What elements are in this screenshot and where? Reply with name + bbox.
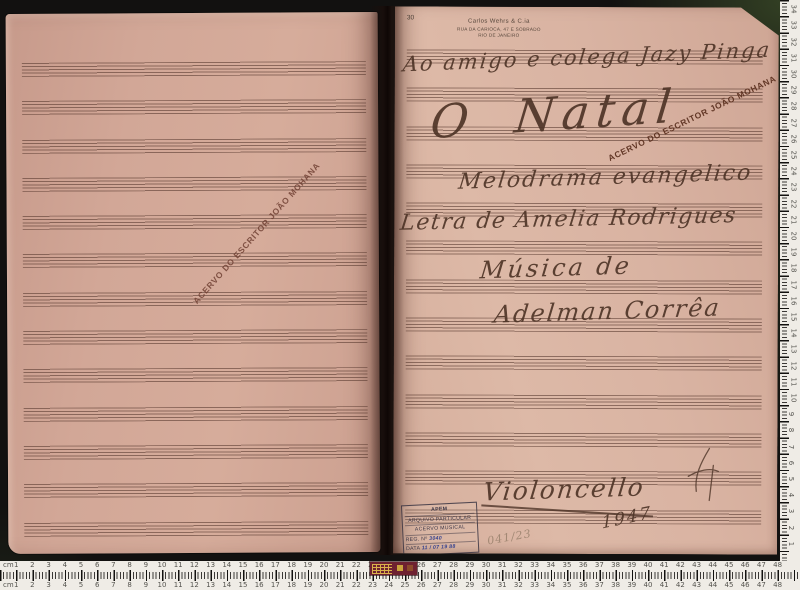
ruler-number: 44 xyxy=(708,561,717,569)
ruler-number: 19 xyxy=(789,248,797,257)
staff-lines xyxy=(24,406,368,422)
ruler-number: 36 xyxy=(579,581,588,589)
apem-reg-value: 3040 xyxy=(429,535,442,542)
ruler-number: 18 xyxy=(287,561,296,569)
apem-year-value: 19 88 xyxy=(441,544,456,551)
ruler-number: 5 xyxy=(79,561,83,569)
ruler-numbers-bottom: cm12345678910111213141516171819202122232… xyxy=(0,581,800,590)
ruler-number: 15 xyxy=(789,313,797,322)
right-page: 30 Carlos Wehrs & C.ia Rua da Carioca, 4… xyxy=(393,6,779,554)
ruler-number: 38 xyxy=(611,561,620,569)
ruler-number: 29 xyxy=(465,581,474,589)
ruler-number: 32 xyxy=(514,581,523,589)
apem-reg-label: REG. Nº xyxy=(405,536,427,543)
staff-lines xyxy=(22,61,366,77)
ruler-number: 7 xyxy=(111,561,115,569)
ruler-number: 13 xyxy=(206,561,215,569)
ruler-number: 21 xyxy=(789,215,797,224)
ruler-number: 35 xyxy=(563,561,572,569)
ruler-number: 16 xyxy=(255,561,264,569)
staff-lines xyxy=(22,176,366,192)
ruler-number: 31 xyxy=(789,53,797,62)
manuscript-scan: ACERVO DO ESCRITOR JOÃO MOHANA 30 Carlos… xyxy=(0,0,800,590)
ruler-number: 26 xyxy=(417,581,426,589)
ruler-number: 34 xyxy=(546,561,555,569)
ruler-number: 10 xyxy=(158,581,167,589)
ruler-number: 12 xyxy=(190,561,199,569)
ruler-number: 12 xyxy=(190,581,199,589)
ruler-number: 16 xyxy=(789,296,797,305)
calibration-grid xyxy=(372,564,392,574)
ruler-number: 17 xyxy=(271,581,280,589)
ruler-number: 11 xyxy=(174,581,183,589)
ruler-number: 24 xyxy=(789,167,797,176)
ruler-number: 3 xyxy=(787,509,795,513)
ruler-number: 2 xyxy=(30,561,34,569)
ruler-number: 3 xyxy=(46,561,50,569)
publisher-imprint: Carlos Wehrs & C.ia Rua da Carioca, 47 e… xyxy=(429,18,569,37)
ruler-number: 24 xyxy=(384,581,393,589)
color-calibration-patch xyxy=(370,562,417,575)
ruler-number: 9 xyxy=(144,561,148,569)
ruler-number: 27 xyxy=(433,581,442,589)
ruler-number: 45 xyxy=(725,581,734,589)
left-page: ACERVO DO ESCRITOR JOÃO MOHANA xyxy=(6,12,381,554)
apem-registration-stamp: APEM ARQUIVO PARTICULAR ACERVO MUSICAL R… xyxy=(401,502,479,556)
staff-lines xyxy=(24,444,368,460)
ruler-number: 33 xyxy=(530,581,539,589)
staff-lines xyxy=(406,356,762,371)
ruler-number: 38 xyxy=(611,581,620,589)
plate-number: 30 xyxy=(407,14,414,21)
ruler-number: 23 xyxy=(368,581,377,589)
ruler-number: 30 xyxy=(482,561,491,569)
apem-date-label: DATA xyxy=(406,546,420,553)
ruler-number: 46 xyxy=(741,581,750,589)
ruler-number: 33 xyxy=(789,21,797,30)
ruler-number: 12 xyxy=(789,361,797,370)
ruler-number: 27 xyxy=(789,118,797,127)
staff-lines xyxy=(23,329,367,345)
ruler-number: 8 xyxy=(787,428,795,432)
ruler-number: 27 xyxy=(433,561,442,569)
ruler-number: 4 xyxy=(63,581,67,589)
ruler-number: 29 xyxy=(465,561,474,569)
vertical-ruler: 1234567891011121314151617181920212223242… xyxy=(780,0,800,561)
ruler-number: 5 xyxy=(787,477,795,481)
apem-date-value: 11 / 07 xyxy=(422,545,440,552)
ruler-number: 11 xyxy=(174,561,183,569)
ruler-number: 29 xyxy=(789,86,797,95)
ruler-number: 16 xyxy=(255,581,264,589)
left-staves xyxy=(22,61,369,561)
ruler-number: 44 xyxy=(708,581,717,589)
staff-lines xyxy=(23,253,367,269)
ruler-number: 1 xyxy=(14,561,18,569)
ruler-number: 39 xyxy=(627,581,636,589)
ruler-number: 21 xyxy=(336,581,345,589)
ruler-number: 20 xyxy=(320,581,329,589)
ruler-number: 2 xyxy=(30,581,34,589)
ruler-number: 48 xyxy=(773,581,782,589)
ruler-number: 48 xyxy=(773,561,782,569)
ruler-number: 26 xyxy=(417,561,426,569)
ruler-number: 37 xyxy=(595,561,604,569)
ruler-number: 26 xyxy=(789,134,797,143)
staff-lines xyxy=(22,138,366,154)
calibration-square-yellow xyxy=(397,565,403,571)
calibration-square-brown xyxy=(407,565,413,571)
ruler-number: 9 xyxy=(144,581,148,589)
ruler-number: 20 xyxy=(320,561,329,569)
ruler-number: 31 xyxy=(498,561,507,569)
ruler-number: 31 xyxy=(498,581,507,589)
pen-flourish-mark xyxy=(685,445,721,505)
ruler-number: 36 xyxy=(579,561,588,569)
ruler-number: 1 xyxy=(14,581,18,589)
ruler-number: 20 xyxy=(789,232,797,241)
ruler-number: 5 xyxy=(79,581,83,589)
ruler-number: 28 xyxy=(789,102,797,111)
ruler-number: 19 xyxy=(303,561,312,569)
ruler-number: 13 xyxy=(789,345,797,354)
ruler-number: 13 xyxy=(206,581,215,589)
ruler-number: 32 xyxy=(789,37,797,46)
ruler-number: 30 xyxy=(789,70,797,79)
ruler-number: 46 xyxy=(741,561,750,569)
ruler-number: 42 xyxy=(676,561,685,569)
ruler-number: 22 xyxy=(352,561,361,569)
ruler-number: 33 xyxy=(530,561,539,569)
ruler-number: 7 xyxy=(111,581,115,589)
instrument-part: Violoncello xyxy=(482,472,647,506)
ruler-number: 21 xyxy=(336,561,345,569)
ruler-unit-label: cm xyxy=(3,561,14,569)
ruler-number: 9 xyxy=(787,412,795,416)
staff-lines xyxy=(406,279,762,294)
publisher-address: Rua da Carioca, 47 e Sobrado xyxy=(429,26,569,31)
ruler-number: 8 xyxy=(127,561,131,569)
ruler-number: 3 xyxy=(46,581,50,589)
ruler-number: 15 xyxy=(239,561,248,569)
ruler-number: 4 xyxy=(63,561,67,569)
ruler-number: 7 xyxy=(787,444,795,448)
ruler-number: 1 xyxy=(787,542,795,546)
ruler-number: 43 xyxy=(692,561,701,569)
ruler-number: 18 xyxy=(789,264,797,273)
ruler-number: 10 xyxy=(158,561,167,569)
ruler-number: 14 xyxy=(222,581,231,589)
ruler-number: 2 xyxy=(787,525,795,529)
ruler-number: 37 xyxy=(595,581,604,589)
ruler-number: 8 xyxy=(127,581,131,589)
ruler-number: 39 xyxy=(627,561,636,569)
ruler-number: 22 xyxy=(789,199,797,208)
ruler-number: 30 xyxy=(482,581,491,589)
ruler-number: 4 xyxy=(787,493,795,497)
staff-lines xyxy=(23,367,367,383)
ruler-number: 28 xyxy=(449,561,458,569)
ruler-number: 17 xyxy=(789,280,797,289)
ruler-number: 43 xyxy=(692,581,701,589)
ruler-number: 15 xyxy=(239,581,248,589)
ruler-number: 41 xyxy=(660,581,669,589)
ruler-number: 40 xyxy=(644,561,653,569)
ruler-number: 14 xyxy=(789,329,797,338)
ruler-unit-label: cm xyxy=(3,581,14,589)
staff-lines xyxy=(24,482,368,498)
publisher-name: Carlos Wehrs & C.ia xyxy=(429,18,569,24)
ruler-number: 45 xyxy=(725,561,734,569)
music-credit-label: Música de xyxy=(479,251,634,284)
ruler-number: 28 xyxy=(449,581,458,589)
ruler-number: 10 xyxy=(789,394,797,403)
staff-lines xyxy=(406,394,762,409)
ruler-number: 6 xyxy=(95,561,99,569)
ruler-number: 25 xyxy=(401,581,410,589)
staff-lines xyxy=(24,521,368,537)
ruler-number: 22 xyxy=(352,581,361,589)
ruler-number: 40 xyxy=(644,581,653,589)
ruler-number: 25 xyxy=(789,151,797,160)
ruler-number: 6 xyxy=(787,461,795,465)
ruler-number: 32 xyxy=(514,561,523,569)
ruler-number: 47 xyxy=(757,581,766,589)
ruler-number: 34 xyxy=(546,581,555,589)
ruler-number: 23 xyxy=(789,183,797,192)
ruler-number: 17 xyxy=(271,561,280,569)
publisher-city: Rio de Janeiro xyxy=(429,32,569,37)
ruler-number: 35 xyxy=(563,581,572,589)
ruler-number: 19 xyxy=(303,581,312,589)
ruler-number: 18 xyxy=(287,581,296,589)
ruler-number: 42 xyxy=(676,581,685,589)
ruler-number: 14 xyxy=(222,561,231,569)
ruler-number: 11 xyxy=(789,377,797,386)
staff-lines xyxy=(23,214,367,230)
ruler-number: 34 xyxy=(789,5,797,14)
ruler-number: 41 xyxy=(660,561,669,569)
staff-lines xyxy=(22,99,366,115)
ruler-number: 6 xyxy=(95,581,99,589)
ruler-number: 47 xyxy=(757,561,766,569)
